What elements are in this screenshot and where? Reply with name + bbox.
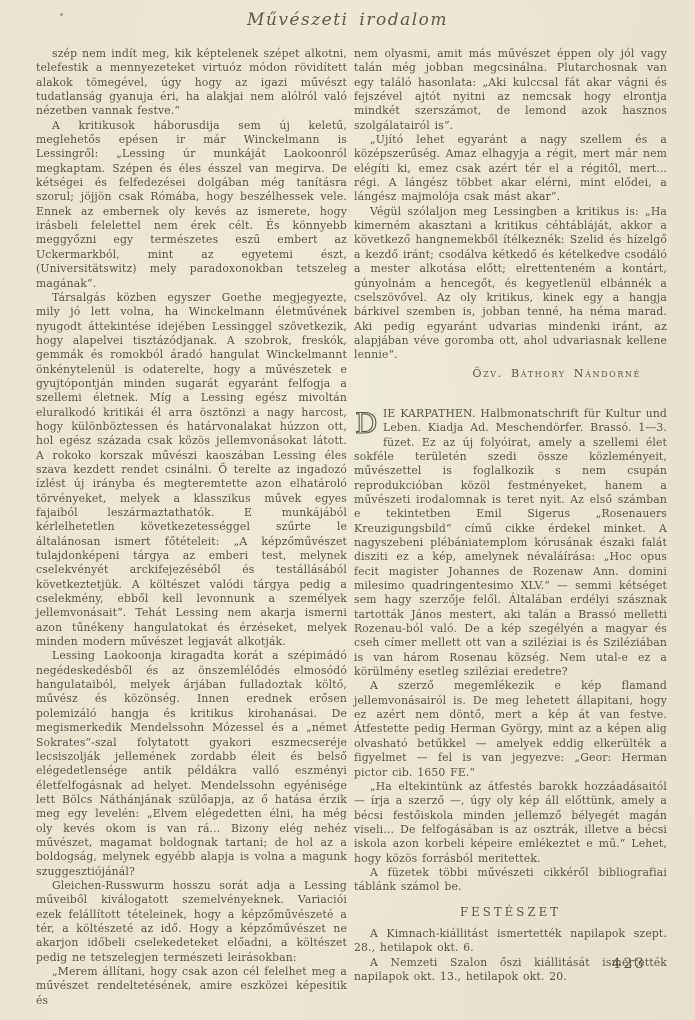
page-number: 423 (612, 956, 647, 972)
paragraph: „Ujító lehet egyaránt a nagy szellem és … (354, 133, 667, 205)
paragraph: A kritikusok háborusdija sem új keletű, … (36, 119, 347, 291)
right-column: nem olyasmi, amit más művészet éppen oly… (354, 47, 667, 984)
left-column: szép nem indít meg, kik képtelenek szépe… (36, 47, 347, 1008)
page-title: Művészeti irodalom (0, 10, 695, 30)
section-heading-festeszet: FESTÉSZET (354, 905, 667, 919)
paragraph: „Ha eltekintünk az átfestés barokk hozzá… (354, 780, 667, 866)
karpathen-text: IE KARPATHEN. Halbmonatschrift für Kultu… (354, 407, 667, 678)
paragraph: nem olyasmi, amit más művészet éppen oly… (354, 47, 667, 133)
paragraph: „Merem állítani, hogy csak azon cél fele… (36, 965, 347, 1008)
paragraph: szép nem indít meg, kik képtelenek szépe… (36, 47, 347, 119)
paragraph: Társalgás közben egyszer Goethe megjegye… (36, 291, 347, 650)
author-signature: Özv. Báthory Nándorné (354, 367, 641, 381)
paragraph: A Kimnach-kiállitást ismertették napilap… (354, 927, 667, 956)
paragraph: Gleichen-Russwurm hosszu sorát adja a Le… (36, 879, 347, 965)
journal-page: Művészeti irodalom szép nem indít meg, k… (0, 0, 695, 1020)
svg-text:D: D (355, 408, 378, 437)
dropcap-initial-d: D (354, 408, 380, 437)
paragraph: A füzetek többi művészeti cikkéről bibli… (354, 866, 667, 895)
karpathen-paragraph: D IE KARPATHEN. Halbmonatschrift für Kul… (354, 407, 667, 680)
paragraph: Lessing Laokoonja kiragadta korát a szép… (36, 649, 347, 879)
paragraph: Végül szólaljon meg Lessingben a kritiku… (354, 205, 667, 363)
paragraph: A szerző megemlékezik e kép flamand jell… (354, 679, 667, 779)
